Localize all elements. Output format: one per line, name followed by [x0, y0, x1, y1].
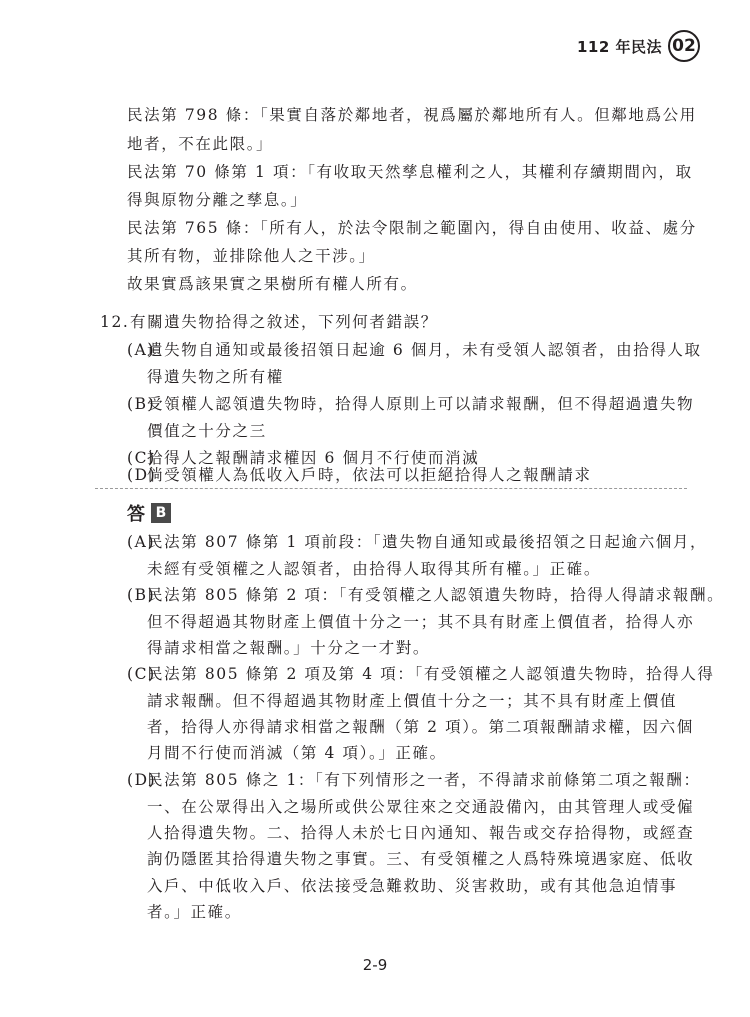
answer-choice-badge: B	[151, 503, 171, 523]
question-stem: 有關遺失物拾得之敘述，下列何者錯誤？	[130, 311, 438, 333]
expl-c-text: 者，拾得人亦得請求相當之報酬（第 2 項）。第二項報酬請求權，因六個	[147, 716, 694, 738]
text-line: 民法第 798 條：「果實自落於鄰地者，視爲屬於鄰地所有人。但鄰地爲公用	[127, 104, 697, 126]
expl-d-text: 者。」正確。	[147, 901, 242, 923]
chapter-badge: 02	[668, 30, 700, 62]
expl-a-text: 未經有受領權之人認領者，由拾得人取得其所有權。」正確。	[147, 558, 601, 580]
expl-b-text: 得請求相當之報酬。」十分之一才對。	[147, 637, 430, 659]
answer-header: 答 B	[127, 500, 171, 526]
expl-d-text: 入戶、中低收入戶、依法接受急難救助、災害救助，或有其他急迫情事	[147, 875, 677, 897]
expl-d-text: 一、在公眾得出入之場所或供公眾往來之交通設備內，由其管理人或受僱	[147, 796, 694, 818]
text-line: 地者，不在此限。」	[127, 133, 273, 155]
page-header: 112 年民法 02	[577, 30, 700, 62]
option-b-text: 受領權人認領遺失物時，拾得人原則上可以請求報酬，但不得超過遺失物	[147, 393, 694, 415]
text-line: 民法第 70 條第 1 項：「有收取天然孳息權利之人，其權利存續期間內，取	[127, 161, 693, 183]
text-line: 其所有物，並排除他人之干涉。」	[127, 245, 376, 267]
expl-d-text: 詢仍隱匿其拾得遺失物之事實。三、有受領權之人爲特殊境遇家庭、低收	[147, 848, 694, 870]
answer-label: 答	[127, 500, 145, 526]
expl-c-text: 請求報酬。但不得超過其物財產上價值十分之一；其不具有財產上價值	[147, 690, 677, 712]
text-line: 民法第 765 條：「所有人，於法令限制之範圍內，得自由使用、收益、處分	[127, 217, 697, 239]
text-line: 得與原物分離之孳息。」	[127, 189, 307, 211]
expl-c-text: 民法第 805 條第 2 項及第 4 項：「有受領權之人認領遺失物時，拾得人得	[147, 663, 715, 685]
expl-c-text: 月間不行使而消滅（第 4 項）。」正確。	[147, 742, 447, 764]
option-d-text: 倘受領權人為低收入戶時，依法可以拒絕拾得人之報酬請求	[147, 464, 592, 486]
expl-b-text: 但不得超過其物財產上價值十分之一；其不具有財產上價值者，拾得人亦	[147, 611, 694, 633]
expl-a-text: 民法第 807 條第 1 項前段：「遺失物自通知或最後招領之日起逾六個月，	[147, 531, 707, 553]
option-a-text: 得遺失物之所有權	[147, 366, 284, 388]
expl-d-text: 民法第 805 條之 1：「有下列情形之一者，不得請求前條第二項之報酬：	[147, 769, 701, 791]
dashed-divider	[95, 488, 687, 489]
text-line: 故果實爲該果實之果樹所有權人所有。	[127, 273, 418, 295]
page-number: 2-9	[0, 956, 750, 974]
expl-d-text: 人拾得遺失物。二、拾得人未於七日內通知、報告或交存拾得物，或經查	[147, 822, 694, 844]
header-title: 112 年民法	[577, 36, 662, 57]
question-number: 12.	[100, 311, 129, 333]
option-b-text: 價值之十分之三	[147, 420, 267, 442]
expl-b-text: 民法第 805 條第 2 項：「有受領權之人認領遺失物時，拾得人得請求報酬。	[147, 584, 724, 606]
option-a-text: 遺失物自通知或最後招領日起逾 6 個月，未有受領人認領者，由拾得人取	[147, 339, 702, 361]
